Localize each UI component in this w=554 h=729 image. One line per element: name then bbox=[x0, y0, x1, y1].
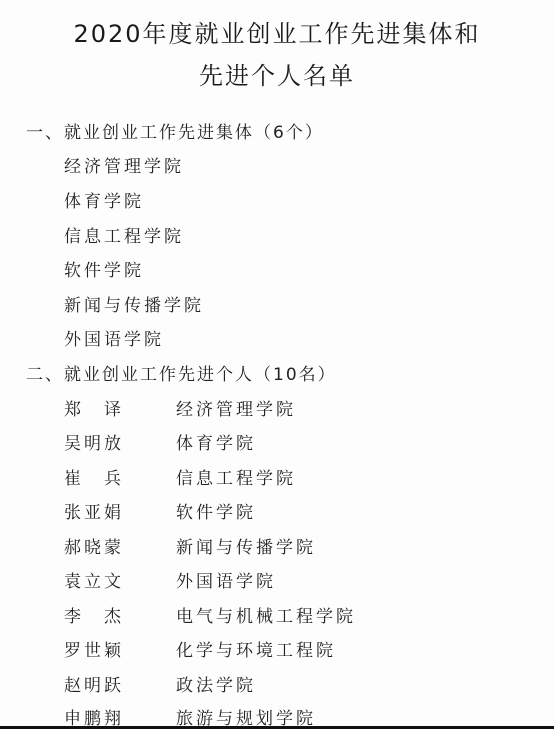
person-unit: 经济管理学院 bbox=[176, 395, 296, 420]
person-unit: 软件学院 bbox=[176, 498, 256, 523]
document-title-line-1: 2020年度就业创业工作先进集体和 bbox=[0, 14, 554, 49]
collective-item: 新闻与传播学院 bbox=[64, 291, 204, 316]
collective-item: 体育学院 bbox=[64, 187, 144, 212]
person-row: 崔 兵 信息工程学院 bbox=[64, 464, 464, 488]
person-row: 申鹏翔 旅游与规划学院 bbox=[64, 704, 464, 728]
person-row: 李 杰 电气与机械工程学院 bbox=[64, 602, 464, 626]
person-unit: 电气与机械工程学院 bbox=[176, 602, 356, 627]
person-unit: 新闻与传播学院 bbox=[176, 533, 316, 558]
collective-item: 经济管理学院 bbox=[64, 152, 184, 177]
person-row: 吴明放 体育学院 bbox=[64, 429, 464, 453]
person-unit: 体育学院 bbox=[176, 429, 256, 454]
person-name: 张亚娟 bbox=[64, 498, 124, 523]
person-unit: 政法学院 bbox=[176, 671, 256, 696]
person-name: 崔 兵 bbox=[64, 464, 124, 489]
person-name: 郝晓蒙 bbox=[64, 533, 124, 558]
collective-item: 信息工程学院 bbox=[64, 222, 184, 247]
person-name: 郑 译 bbox=[64, 395, 124, 420]
person-row: 赵明跃 政法学院 bbox=[64, 671, 464, 695]
person-unit: 信息工程学院 bbox=[176, 464, 296, 489]
section-heading-collectives: 一、就业创业工作先进集体（6个） bbox=[26, 118, 324, 143]
document-title-line-2: 先进个人名单 bbox=[0, 56, 554, 91]
person-unit: 化学与环境工程院 bbox=[176, 636, 336, 661]
section-heading-individuals: 二、就业创业工作先进个人（10名） bbox=[26, 360, 337, 385]
collective-item: 软件学院 bbox=[64, 256, 144, 281]
person-name: 李 杰 bbox=[64, 602, 124, 627]
person-row: 郑 译 经济管理学院 bbox=[64, 395, 464, 419]
collective-item: 外国语学院 bbox=[64, 325, 164, 350]
person-row: 张亚娟 软件学院 bbox=[64, 498, 464, 522]
person-name: 吴明放 bbox=[64, 429, 124, 454]
person-name: 赵明跃 bbox=[64, 671, 124, 696]
person-row: 袁立文 外国语学院 bbox=[64, 567, 464, 591]
person-name: 罗世颖 bbox=[64, 636, 124, 661]
person-row: 罗世颖 化学与环境工程院 bbox=[64, 636, 464, 660]
person-unit: 外国语学院 bbox=[176, 567, 276, 592]
document-page: 2020年度就业创业工作先进集体和 先进个人名单 一、就业创业工作先进集体（6个… bbox=[0, 0, 554, 729]
person-row: 郝晓蒙 新闻与传播学院 bbox=[64, 533, 464, 557]
person-name: 袁立文 bbox=[64, 567, 124, 592]
